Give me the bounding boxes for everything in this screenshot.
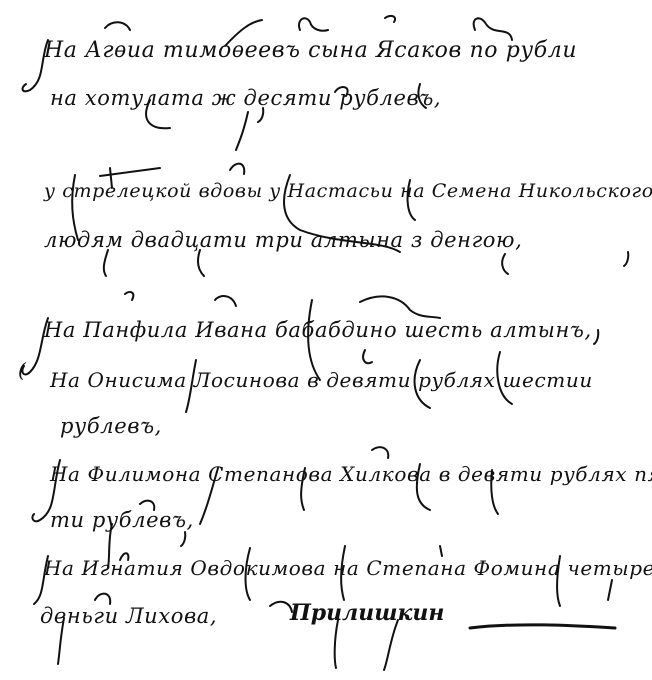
manuscript-line: На Агѳиа тимоѳеевъ сына Ясаков по рубли xyxy=(44,38,577,63)
signature: Прилишкин xyxy=(290,600,444,626)
manuscript-line: рублевъ, xyxy=(60,414,162,438)
manuscript-line: На Филимона Степанова Хилкова в девяти р… xyxy=(50,462,652,486)
manuscript-line: На Игнатия Овдокимова на Степана Фомина … xyxy=(44,556,652,580)
manuscript-line: На Панфила Ивана бабабдино шесть алтынъ, xyxy=(44,318,592,342)
manuscript-line: ти рублевъ, xyxy=(50,508,194,532)
manuscript-line: людям двадцати три алтына з денгою, xyxy=(44,228,522,252)
manuscript-line: деньги Лихова, xyxy=(40,604,217,628)
manuscript-line: у стрелецкой вдовы у Настасьи на Семена … xyxy=(44,180,652,202)
margin-mark: ( xyxy=(18,358,26,382)
manuscript-line: На Онисима Лосинова в девяти рублях шест… xyxy=(50,368,593,392)
manuscript-line: на хотулата ж десяти рублевъ, xyxy=(50,86,441,110)
manuscript-page: На Агѳиа тимоѳеевъ сына Ясаков по рубли … xyxy=(0,0,652,680)
